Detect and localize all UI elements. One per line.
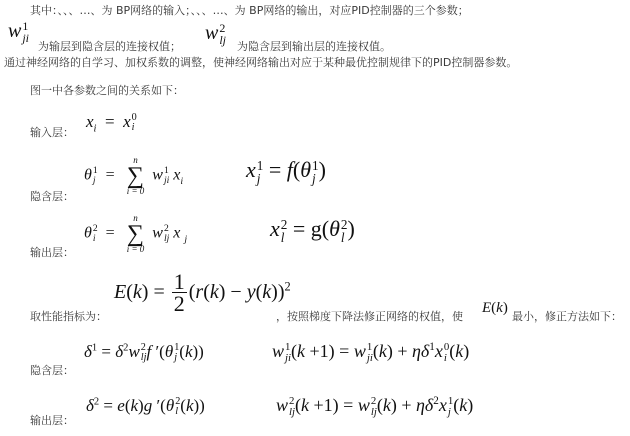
performance-after-2: 最小，修正方法如下： xyxy=(512,310,622,324)
intro-line-3: 通过神经网络的自学习、加权系数的调整，使神经网络输出对应于某种最优控制规律下的P… xyxy=(4,56,517,70)
formula-hidden-activation: x1j = f(θ1j) xyxy=(246,157,326,185)
formula-w1-update: w1ji(k +1) = w1ji(k) + ηδ1x0i(k) xyxy=(272,341,469,364)
output-layer-label: 输出层： xyxy=(30,246,74,260)
output-layer-update-label: 输出层： xyxy=(30,414,74,428)
performance-label: 取性能指标为： xyxy=(30,310,107,324)
hidden-layer-update-label: 隐含层： xyxy=(30,364,74,378)
formula-output-sum: θ2i = n∑i = 0 w2lj x j xyxy=(84,214,187,254)
formula-input-layer: xi = x0i xyxy=(86,112,137,133)
formula-energy: E(k) = 12(r(k) − y(k))2 xyxy=(114,272,291,315)
formula-ek: E(k) xyxy=(482,300,508,317)
formula-output-activation: x2l = g(θ2l) xyxy=(270,216,355,244)
formula-w2-update: w2lj(k +1) = w2lj(k) + ηδ2x1j(k) xyxy=(276,395,473,418)
relations-title: 图一中各参数之间的关系如下： xyxy=(30,84,184,98)
formula-delta2: δ2 = e(k)g ′(θ2l(k)) xyxy=(86,396,205,417)
formula-delta1: δ1 = δ2w2ljf ′(θ1j(k)) xyxy=(84,342,204,363)
formula-hidden-sum: θ1j = n∑i = 0 w1ji xi xyxy=(84,156,183,196)
hidden-layer-label: 隐含层： xyxy=(30,190,74,204)
input-layer-label: 输入层： xyxy=(30,126,74,140)
w1-description: 为输层到隐含层的连接权值； xyxy=(38,40,181,54)
intro-line-1: 其中：、、、…、为 BP网络的输入；、、、…、为 BP网络的输出，对应PID控制… xyxy=(30,4,469,18)
w2-description: 为隐含层到输出层的连接权值。 xyxy=(237,40,391,54)
performance-after: ，按照梯度下降法修正网络的权值，使 xyxy=(276,310,463,324)
formula-w2-symbol: w2lj xyxy=(205,22,226,46)
formula-w1-symbol: w1ji xyxy=(8,20,29,44)
